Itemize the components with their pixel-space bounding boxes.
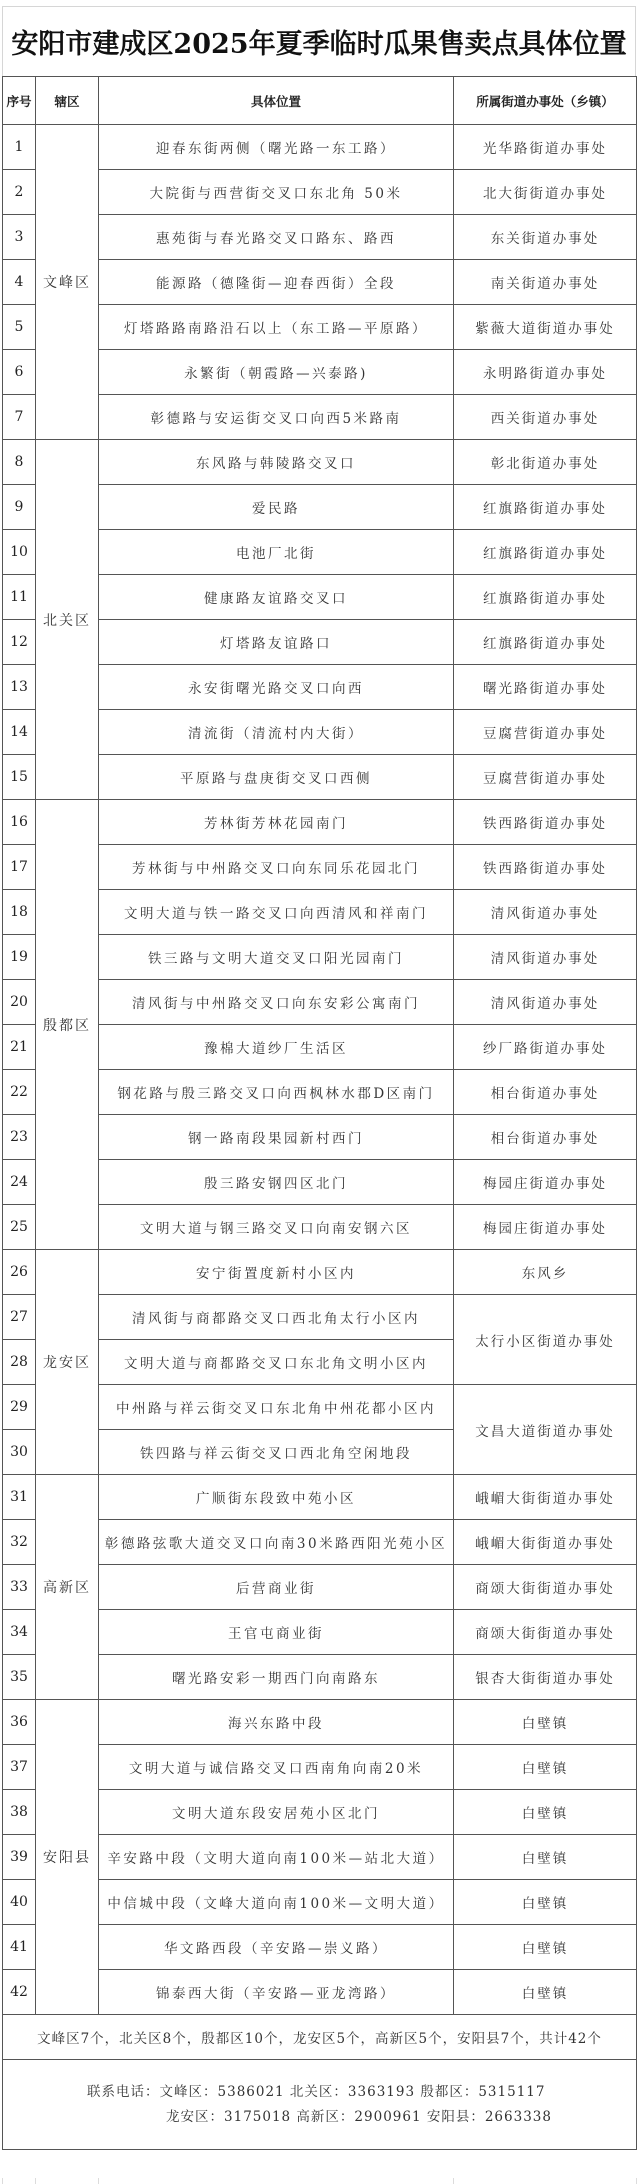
office-cell: 红旗路街道办事处 [454, 530, 637, 575]
district-cell: 文峰区 [36, 125, 99, 440]
header-location: 具体位置 [99, 77, 454, 125]
location-cell: 殷三路安钢四区北门 [99, 1160, 454, 1205]
row-number: 34 [3, 1610, 36, 1655]
location-cell: 清流街（清流村内大街） [99, 710, 454, 755]
location-cell: 海兴东路中段 [99, 1700, 454, 1745]
ghost-gridline [35, 2178, 36, 2184]
location-cell: 灯塔路友谊路口 [99, 620, 454, 665]
table-row: 3惠苑街与春光路交叉口路东、路西东关街道办事处 [3, 215, 637, 260]
row-number: 25 [3, 1205, 36, 1250]
table-row: 2大院街与西营街交叉口东北角 50米北大街街道办事处 [3, 170, 637, 215]
location-cell: 文明大道与商都路交叉口东北角文明小区内 [99, 1340, 454, 1385]
table-row: 38文明大道东段安居苑小区北门白壁镇 [3, 1790, 637, 1835]
location-cell: 平原路与盘庚街交叉口西侧 [99, 755, 454, 800]
table-row: 18文明大道与铁一路交叉口向西清风和祥南门清风街道办事处 [3, 890, 637, 935]
office-cell: 白壁镇 [454, 1790, 637, 1835]
location-cell: 彰德路与安运街交叉口向西5米路南 [99, 395, 454, 440]
office-cell: 梅园庄街道办事处 [454, 1205, 637, 1250]
office-cell: 白壁镇 [454, 1880, 637, 1925]
table-row: 22钢花路与殷三路交叉口向西枫林水郡D区南门相台街道办事处 [3, 1070, 637, 1115]
location-cell: 文明大道与钢三路交叉口向南安钢六区 [99, 1205, 454, 1250]
table-row: 4能源路（德隆街—迎春西街）全段南关街道办事处 [3, 260, 637, 305]
table-row: 40中信城中段（文峰大道向南100米—文明大道）白壁镇 [3, 1880, 637, 1925]
row-number: 31 [3, 1475, 36, 1520]
location-cell: 健康路友谊路交叉口 [99, 575, 454, 620]
location-cell: 电池厂北街 [99, 530, 454, 575]
office-cell: 东关街道办事处 [454, 215, 637, 260]
location-cell: 惠苑街与春光路交叉口路东、路西 [99, 215, 454, 260]
row-number: 42 [3, 1970, 36, 2015]
row-number: 2 [3, 170, 36, 215]
row-number: 8 [3, 440, 36, 485]
office-cell: 峨嵋大街街道办事处 [454, 1520, 637, 1565]
location-cell: 灯塔路路南路沿石以上（东工路—平原路） [99, 305, 454, 350]
summary-text: 文峰区7个，北关区8个，殷都区10个，龙安区5个，高新区5个，安阳县7个，共计4… [3, 2015, 637, 2060]
row-number: 7 [3, 395, 36, 440]
table-row: 41华文路西段（辛安路—崇义路）白壁镇 [3, 1925, 637, 1970]
summary-row: 文峰区7个，北关区8个，殷都区10个，龙安区5个，高新区5个，安阳县7个，共计4… [3, 2015, 637, 2060]
table-row: 15平原路与盘庚街交叉口西侧豆腐营街道办事处 [3, 755, 637, 800]
location-cell: 曙光路安彩一期西门向南路东 [99, 1655, 454, 1700]
office-cell: 红旗路街道办事处 [454, 575, 637, 620]
row-number: 23 [3, 1115, 36, 1160]
district-cell: 安阳县 [36, 1700, 99, 2015]
office-cell: 白壁镇 [454, 1835, 637, 1880]
table-row: 20清风街与中州路交叉口向东安彩公寓南门清风街道办事处 [3, 980, 637, 1025]
table-row: 33后营商业街商颂大街街道办事处 [3, 1565, 637, 1610]
header-office: 所属街道办事处（乡镇） [454, 77, 637, 125]
header-district: 辖区 [36, 77, 99, 125]
location-cell: 彰德路弦歌大道交叉口向南30米路西阳光苑小区 [99, 1520, 454, 1565]
location-cell: 铁四路与祥云街交叉口西北角空闲地段 [99, 1430, 454, 1475]
table-row: 35曙光路安彩一期西门向南路东银杏大街街道办事处 [3, 1655, 637, 1700]
row-number: 1 [3, 125, 36, 170]
table-row: 17芳林街与中州路交叉口向东同乐花园北门铁西路街道办事处 [3, 845, 637, 890]
location-cell: 豫棉大道纱厂生活区 [99, 1025, 454, 1070]
location-cell: 钢一路南段果园新村西门 [99, 1115, 454, 1160]
office-cell: 银杏大街街道办事处 [454, 1655, 637, 1700]
location-cell: 王官屯商业街 [99, 1610, 454, 1655]
office-cell: 南关街道办事处 [454, 260, 637, 305]
document-sheet: 安阳市建成区2025年夏季临时瓜果售卖点具体位置 序号 辖区 具体位置 所属街道… [2, 6, 636, 2150]
district-cell: 高新区 [36, 1475, 99, 1700]
ghost-gridline [2, 2178, 3, 2184]
row-number: 17 [3, 845, 36, 890]
office-cell: 光华路街道办事处 [454, 125, 637, 170]
table-row: 37文明大道与诚信路交叉口西南角向南20米白壁镇 [3, 1745, 637, 1790]
table-row: 11健康路友谊路交叉口红旗路街道办事处 [3, 575, 637, 620]
location-cell: 文明大道东段安居苑小区北门 [99, 1790, 454, 1835]
row-number: 24 [3, 1160, 36, 1205]
office-cell: 梅园庄街道办事处 [454, 1160, 637, 1205]
table-row: 14清流街（清流村内大街）豆腐营街道办事处 [3, 710, 637, 755]
location-cell: 文明大道与诚信路交叉口西南角向南20米 [99, 1745, 454, 1790]
table-row: 13永安街曙光路交叉口向西曙光路街道办事处 [3, 665, 637, 710]
office-cell: 峨嵋大街街道办事处 [454, 1475, 637, 1520]
row-number: 39 [3, 1835, 36, 1880]
row-number: 28 [3, 1340, 36, 1385]
row-number: 38 [3, 1790, 36, 1835]
row-number: 5 [3, 305, 36, 350]
table-row: 26龙安区安宁街置度新村小区内东风乡 [3, 1250, 637, 1295]
location-cell: 清风街与商都路交叉口西北角太行小区内 [99, 1295, 454, 1340]
table-row: 36安阳县海兴东路中段白壁镇 [3, 1700, 637, 1745]
row-number: 15 [3, 755, 36, 800]
table-row: 31高新区广顺街东段致中苑小区峨嵋大街街道办事处 [3, 1475, 637, 1520]
table-row: 8北关区东风路与韩陵路交叉口彰北街道办事处 [3, 440, 637, 485]
office-cell: 白壁镇 [454, 1925, 637, 1970]
office-cell: 豆腐营街道办事处 [454, 710, 637, 755]
table-row: 5灯塔路路南路沿石以上（东工路—平原路）紫薇大道街道办事处 [3, 305, 637, 350]
table-row: 9爱民路红旗路街道办事处 [3, 485, 637, 530]
ghost-gridline [98, 2178, 99, 2184]
office-cell: 豆腐营街道办事处 [454, 755, 637, 800]
location-cell: 广顺街东段致中苑小区 [99, 1475, 454, 1520]
row-number: 20 [3, 980, 36, 1025]
location-cell: 锦泰西大街（辛安路—亚龙湾路） [99, 1970, 454, 2015]
row-number: 29 [3, 1385, 36, 1430]
location-cell: 华文路西段（辛安路—崇义路） [99, 1925, 454, 1970]
location-cell: 清风街与中州路交叉口向东安彩公寓南门 [99, 980, 454, 1025]
office-cell: 红旗路街道办事处 [454, 485, 637, 530]
table-row: 10电池厂北街红旗路街道办事处 [3, 530, 637, 575]
row-number: 27 [3, 1295, 36, 1340]
row-number: 9 [3, 485, 36, 530]
table-row: 39辛安路中段（文明大道向南100米—站北大道）白壁镇 [3, 1835, 637, 1880]
office-cell: 铁西路街道办事处 [454, 845, 637, 890]
office-cell: 曙光路街道办事处 [454, 665, 637, 710]
table-row: 25文明大道与钢三路交叉口向南安钢六区梅园庄街道办事处 [3, 1205, 637, 1250]
location-cell: 爱民路 [99, 485, 454, 530]
location-cell: 后营商业街 [99, 1565, 454, 1610]
location-cell: 辛安路中段（文明大道向南100米—站北大道） [99, 1835, 454, 1880]
table-body: 1文峰区迎春东街两侧（曙光路一东工路）光华路街道办事处2大院街与西营街交叉口东北… [3, 125, 637, 2015]
row-number: 14 [3, 710, 36, 755]
location-cell: 芳林街芳林花园南门 [99, 800, 454, 845]
row-number: 10 [3, 530, 36, 575]
location-cell: 永繁街（朝霞路—兴泰路) [99, 350, 454, 395]
table-row: 21豫棉大道纱厂生活区纱厂路街道办事处 [3, 1025, 637, 1070]
row-number: 19 [3, 935, 36, 980]
contact-line-2: 龙安区：3175018 高新区：2900961 安阳县：2663338 [87, 2105, 552, 2130]
location-cell: 大院街与西营街交叉口东北角 50米 [99, 170, 454, 215]
row-number: 6 [3, 350, 36, 395]
table-header-row: 序号 辖区 具体位置 所属街道办事处（乡镇） [3, 77, 637, 125]
office-cell: 商颂大街街道办事处 [454, 1610, 637, 1655]
row-number: 40 [3, 1880, 36, 1925]
office-cell: 太行小区街道办事处 [454, 1295, 637, 1385]
ghost-gridline [453, 2178, 454, 2184]
table-row: 42锦泰西大街（辛安路—亚龙湾路）白壁镇 [3, 1970, 637, 2015]
table-row: 23钢一路南段果园新村西门相台街道办事处 [3, 1115, 637, 1160]
table-row: 19铁三路与文明大道交叉口阳光园南门清风街道办事处 [3, 935, 637, 980]
row-number: 30 [3, 1430, 36, 1475]
title-box: 安阳市建成区2025年夏季临时瓜果售卖点具体位置 [2, 6, 636, 76]
location-cell: 铁三路与文明大道交叉口阳光园南门 [99, 935, 454, 980]
row-number: 41 [3, 1925, 36, 1970]
location-cell: 芳林街与中州路交叉口向东同乐花园北门 [99, 845, 454, 890]
table-row: 32彰德路弦歌大道交叉口向南30米路西阳光苑小区峨嵋大街街道办事处 [3, 1520, 637, 1565]
office-cell: 白壁镇 [454, 1700, 637, 1745]
table-row: 1文峰区迎春东街两侧（曙光路一东工路）光华路街道办事处 [3, 125, 637, 170]
page-title: 安阳市建成区2025年夏季临时瓜果售卖点具体位置 [11, 22, 626, 61]
locations-table: 序号 辖区 具体位置 所属街道办事处（乡镇） 1文峰区迎春东街两侧（曙光路一东工… [2, 76, 637, 2150]
location-cell: 安宁街置度新村小区内 [99, 1250, 454, 1295]
row-number: 11 [3, 575, 36, 620]
row-number: 13 [3, 665, 36, 710]
row-number: 36 [3, 1700, 36, 1745]
office-cell: 相台街道办事处 [454, 1115, 637, 1160]
row-number: 16 [3, 800, 36, 845]
office-cell: 红旗路街道办事处 [454, 620, 637, 665]
district-cell: 殷都区 [36, 800, 99, 1250]
location-cell: 文明大道与铁一路交叉口向西清风和祥南门 [99, 890, 454, 935]
table-row: 12灯塔路友谊路口红旗路街道办事处 [3, 620, 637, 665]
office-cell: 纱厂路街道办事处 [454, 1025, 637, 1070]
office-cell: 紫薇大道街道办事处 [454, 305, 637, 350]
row-number: 22 [3, 1070, 36, 1115]
row-number: 21 [3, 1025, 36, 1070]
location-cell: 钢花路与殷三路交叉口向西枫林水郡D区南门 [99, 1070, 454, 1115]
contact-row: 联系电话：文峰区：5386021 北关区：3363193 殷都区：5315117… [3, 2060, 637, 2150]
row-number: 18 [3, 890, 36, 935]
office-cell: 相台街道办事处 [454, 1070, 637, 1115]
table-row: 6永繁街（朝霞路—兴泰路)永明路街道办事处 [3, 350, 637, 395]
office-cell: 文昌大道街道办事处 [454, 1385, 637, 1475]
office-cell: 铁西路街道办事处 [454, 800, 637, 845]
row-number: 26 [3, 1250, 36, 1295]
office-cell: 商颂大街街道办事处 [454, 1565, 637, 1610]
location-cell: 迎春东街两侧（曙光路一东工路） [99, 125, 454, 170]
office-cell: 北大街街道办事处 [454, 170, 637, 215]
office-cell: 清风街道办事处 [454, 935, 637, 980]
location-cell: 能源路（德隆街—迎春西街）全段 [99, 260, 454, 305]
table-row: 7彰德路与安运街交叉口向西5米路南西关街道办事处 [3, 395, 637, 440]
table-row: 29中州路与祥云街交叉口东北角中州花都小区内文昌大道街道办事处 [3, 1385, 637, 1430]
office-cell: 清风街道办事处 [454, 980, 637, 1025]
office-cell: 彰北街道办事处 [454, 440, 637, 485]
district-cell: 龙安区 [36, 1250, 99, 1475]
district-cell: 北关区 [36, 440, 99, 800]
row-number: 35 [3, 1655, 36, 1700]
location-cell: 东风路与韩陵路交叉口 [99, 440, 454, 485]
office-cell: 白壁镇 [454, 1745, 637, 1790]
ghost-gridline [636, 2178, 637, 2184]
table-row: 27清风街与商都路交叉口西北角太行小区内太行小区街道办事处 [3, 1295, 637, 1340]
row-number: 32 [3, 1520, 36, 1565]
row-number: 12 [3, 620, 36, 665]
row-number: 4 [3, 260, 36, 305]
office-cell: 东风乡 [454, 1250, 637, 1295]
location-cell: 中信城中段（文峰大道向南100米—文明大道） [99, 1880, 454, 1925]
office-cell: 永明路街道办事处 [454, 350, 637, 395]
table-row: 16殷都区芳林街芳林花园南门铁西路街道办事处 [3, 800, 637, 845]
location-cell: 永安街曙光路交叉口向西 [99, 665, 454, 710]
table-row: 24殷三路安钢四区北门梅园庄街道办事处 [3, 1160, 637, 1205]
table-row: 34王官屯商业街商颂大街街道办事处 [3, 1610, 637, 1655]
contact-line-1: 联系电话：文峰区：5386021 北关区：3363193 殷都区：5315117 [87, 2080, 552, 2105]
location-cell: 中州路与祥云街交叉口东北角中州花都小区内 [99, 1385, 454, 1430]
row-number: 33 [3, 1565, 36, 1610]
header-no: 序号 [3, 77, 36, 125]
row-number: 3 [3, 215, 36, 260]
contact-cell: 联系电话：文峰区：5386021 北关区：3363193 殷都区：5315117… [3, 2060, 637, 2150]
office-cell: 清风街道办事处 [454, 890, 637, 935]
row-number: 37 [3, 1745, 36, 1790]
office-cell: 白壁镇 [454, 1970, 637, 2015]
office-cell: 西关街道办事处 [454, 395, 637, 440]
